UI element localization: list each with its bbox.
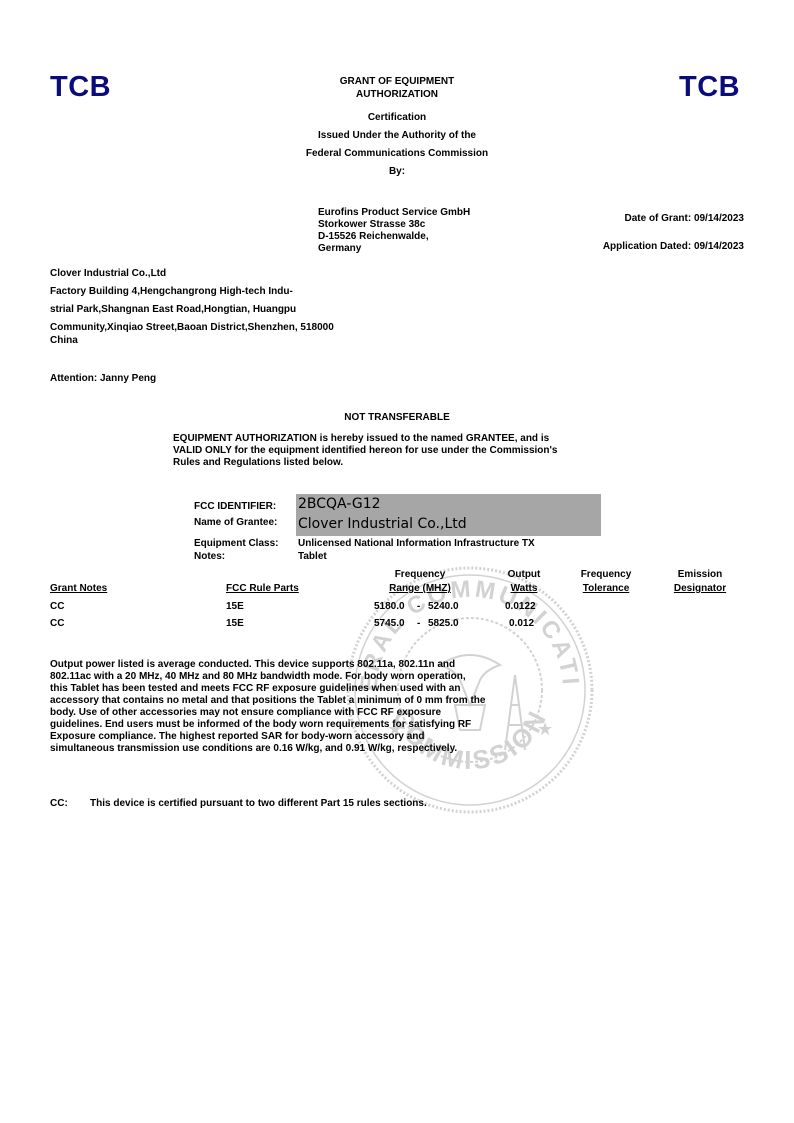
grantee-address-line-2: strial Park,Shangnan East Road,Hongtian,… xyxy=(50,304,296,316)
certifier-block: Eurofins Product Service GmbH Storkower … xyxy=(318,207,470,255)
certifier-street: Storkower Strasse 38c xyxy=(318,219,470,231)
notice-line-2: VALID ONLY for the equipment identified … xyxy=(173,445,557,457)
notes-label: Notes: xyxy=(194,551,225,563)
remarks-line: Output power listed is average conducted… xyxy=(50,659,550,671)
application-date-label: Application Dated: xyxy=(603,241,691,252)
header-emission-designator: Emission Designator xyxy=(660,568,740,596)
date-of-grant-value: 09/14/2023 xyxy=(694,213,744,224)
certifier-country: Germany xyxy=(318,243,470,255)
cell-grant-notes: CC xyxy=(50,618,64,630)
not-transferable-heading: NOT TRANSFERABLE xyxy=(0,412,794,424)
grantee-address-line-3: Community,Xinqiao Street,Baoan District,… xyxy=(50,322,334,334)
date-of-grant: Date of Grant: 09/14/2023 xyxy=(624,213,744,225)
authorization-notice: EQUIPMENT AUTHORIZATION is hereby issued… xyxy=(173,433,557,469)
grantee-name-label: Name of Grantee: xyxy=(194,517,277,529)
cell-grant-notes: CC xyxy=(50,601,64,613)
fcc-identifier-label: FCC IDENTIFIER: xyxy=(194,501,276,513)
cell-freq-sep: - xyxy=(417,618,420,630)
fcc-identifier-value: 2BCQA-G12 xyxy=(298,496,381,513)
application-date-value: 09/14/2023 xyxy=(694,241,744,252)
remarks-line: accessory that contains no metal and tha… xyxy=(50,695,550,707)
cell-freq-sep: - xyxy=(417,601,420,613)
document-title: GRANT OF EQUIPMENT AUTHORIZATION xyxy=(230,75,564,101)
certification-heading: Certification xyxy=(230,111,564,124)
title-line-2: AUTHORIZATION xyxy=(230,88,564,101)
equipment-class-value: Unlicensed National Information Infrastr… xyxy=(298,538,535,550)
header-output-watts: Output Watts xyxy=(494,568,554,596)
certifier-city: D-15526 Reichenwalde, xyxy=(318,231,470,243)
notice-line-3: Rules and Regulations listed below. xyxy=(173,457,557,469)
cell-freq-low: 5180.0 xyxy=(374,601,405,613)
remarks-line: simultaneous transmission use conditions… xyxy=(50,743,550,755)
header-frequency-range: Frequency Range (MHZ) xyxy=(370,568,470,596)
attention-name: Janny Peng xyxy=(100,373,156,384)
tcb-logo-right: TCB xyxy=(679,73,740,102)
application-date: Application Dated: 09/14/2023 xyxy=(603,241,744,253)
remarks-line: 802.11ac with a 20 MHz, 40 MHz and 80 MH… xyxy=(50,671,550,683)
remarks-line: Exposure compliance. The highest reporte… xyxy=(50,731,550,743)
cell-rule-parts: 15E xyxy=(226,601,244,613)
grantee-name-value: Clover Industrial Co.,Ltd xyxy=(298,516,467,533)
cell-rule-parts: 15E xyxy=(226,618,244,630)
attention-label: Attention: xyxy=(50,373,97,384)
attention-line: Attention: Janny Peng xyxy=(50,373,156,385)
by-label: By: xyxy=(230,165,564,178)
remarks-paragraph: Output power listed is average conducted… xyxy=(50,659,550,755)
notice-line-1: EQUIPMENT AUTHORIZATION is hereby issued… xyxy=(173,433,557,445)
cell-freq-high: 5240.0 xyxy=(428,601,459,613)
grant-note-text: This device is certified pursuant to two… xyxy=(90,798,427,810)
grantee-company: Clover Industrial Co.,Ltd xyxy=(50,268,166,280)
equipment-class-label: Equipment Class: xyxy=(194,538,278,550)
header-grant-notes: Grant Notes xyxy=(50,583,107,595)
notes-value: Tablet xyxy=(298,551,327,563)
authority-line-1: Issued Under the Authority of the xyxy=(230,129,564,142)
cell-freq-high: 5825.0 xyxy=(428,618,459,630)
grantee-address-line-1: Factory Building 4,Hengchangrong High-te… xyxy=(50,286,293,298)
certifier-name: Eurofins Product Service GmbH xyxy=(318,207,470,219)
cell-freq-low: 5745.0 xyxy=(374,618,405,630)
grantee-address-line-4: China xyxy=(50,335,78,347)
date-of-grant-label: Date of Grant: xyxy=(624,213,691,224)
header-fcc-rule-parts: FCC Rule Parts xyxy=(226,583,299,595)
remarks-line: guidelines. End users must be informed o… xyxy=(50,719,550,731)
remarks-line: body. Use of other accessories may not e… xyxy=(50,707,550,719)
header-frequency-tolerance: Frequency Tolerance xyxy=(566,568,646,596)
authority-line-2: Federal Communications Commission xyxy=(230,147,564,160)
cell-output-watts: 0.012 xyxy=(509,618,534,630)
tcb-logo-left: TCB xyxy=(50,73,111,102)
cell-output-watts: 0.0122 xyxy=(505,601,536,613)
title-line-1: GRANT OF EQUIPMENT xyxy=(230,75,564,88)
remarks-line: this Tablet has been tested and meets FC… xyxy=(50,683,550,695)
grant-note-code: CC: xyxy=(50,798,68,810)
